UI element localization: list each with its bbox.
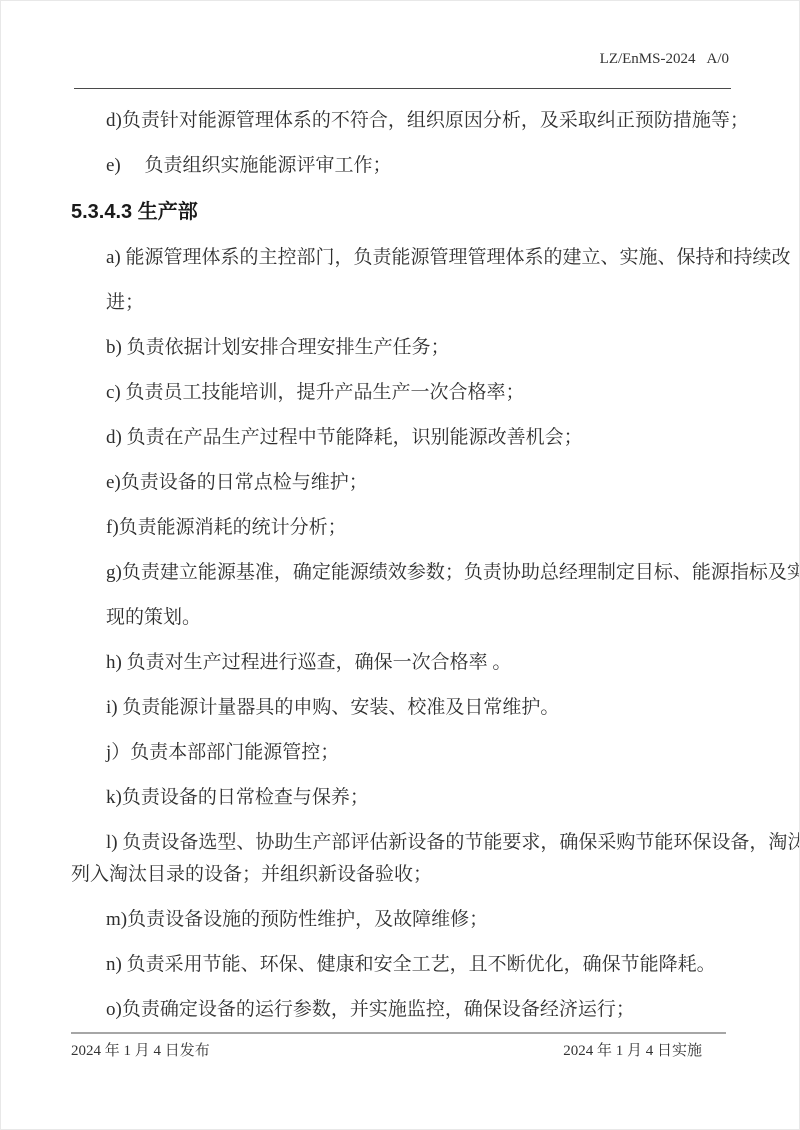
list-item-g-line2: 现的策划。 [71,605,739,650]
list-item-e: e)负责设备的日常点检与维护； [71,470,739,515]
page-header: LZ/EnMS-2024A/0 [74,1,731,89]
list-item-e-top: e) 负责组织实施能源评审工作； [71,153,739,198]
list-item-l-line2: 列入淘汰目录的设备；并组织新设备验收； [71,862,739,907]
list-item-k: k)负责设备的日常检查与保养； [71,785,739,830]
list-item-l-line1: l) 负责设备选型、协助生产部评估新设备的节能要求，确保采购节能环保设备，淘汰国… [71,830,739,862]
document-code: LZ/EnMS-2024A/0 [577,34,729,85]
document-body: d)负责针对能源管理体系的不符合，组织原因分析，及采取纠正预防措施等； e) 负… [71,108,739,1042]
document-revision: A/0 [707,51,730,67]
document-code-number: LZ/EnMS-2024 [600,51,696,67]
list-item-i: i) 负责能源计量器具的申购、安装、校准及日常维护。 [71,695,739,740]
list-item-b: b) 负责依据计划安排合理安排生产任务； [71,335,739,380]
document-page: LZ/EnMS-2024A/0 d)负责针对能源管理体系的不符合，组织原因分析，… [0,0,800,1130]
page-footer: 2024 年 1 月 4 日发布 2024 年 1 月 4 日实施 [71,1032,726,1060]
list-item-a-line1: a) 能源管理体系的主控部门，负责能源管理管理体系的建立、实施、保持和持续改 [71,245,739,290]
list-item-f: f)负责能源消耗的统计分析； [71,515,739,560]
list-item-n: n) 负责采用节能、环保、健康和安全工艺，且不断优化，确保节能降耗。 [71,952,739,997]
list-item-a-line2: 进； [71,290,739,335]
list-item-j: j）负责本部部门能源管控； [71,740,739,785]
section-heading: 5.3.4.3 生产部 [71,198,739,245]
list-item-m: m)负责设备设施的预防性维护，及故障维修； [71,907,739,952]
implement-date: 2024 年 1 月 4 日实施 [563,1039,726,1060]
list-item-d: d) 负责在产品生产过程中节能降耗，识别能源改善机会； [71,425,739,470]
list-item-d-top: d)负责针对能源管理体系的不符合，组织原因分析，及采取纠正预防措施等； [71,108,739,153]
list-item-h: h) 负责对生产过程进行巡查，确保一次合格率 。 [71,650,739,695]
release-date: 2024 年 1 月 4 日发布 [71,1039,210,1060]
list-item-c: c) 负责员工技能培训，提升产品生产一次合格率； [71,380,739,425]
list-item-g-line1: g)负责建立能源基准，确定能源绩效参数；负责协助总经理制定目标、能源指标及实 [71,560,739,605]
